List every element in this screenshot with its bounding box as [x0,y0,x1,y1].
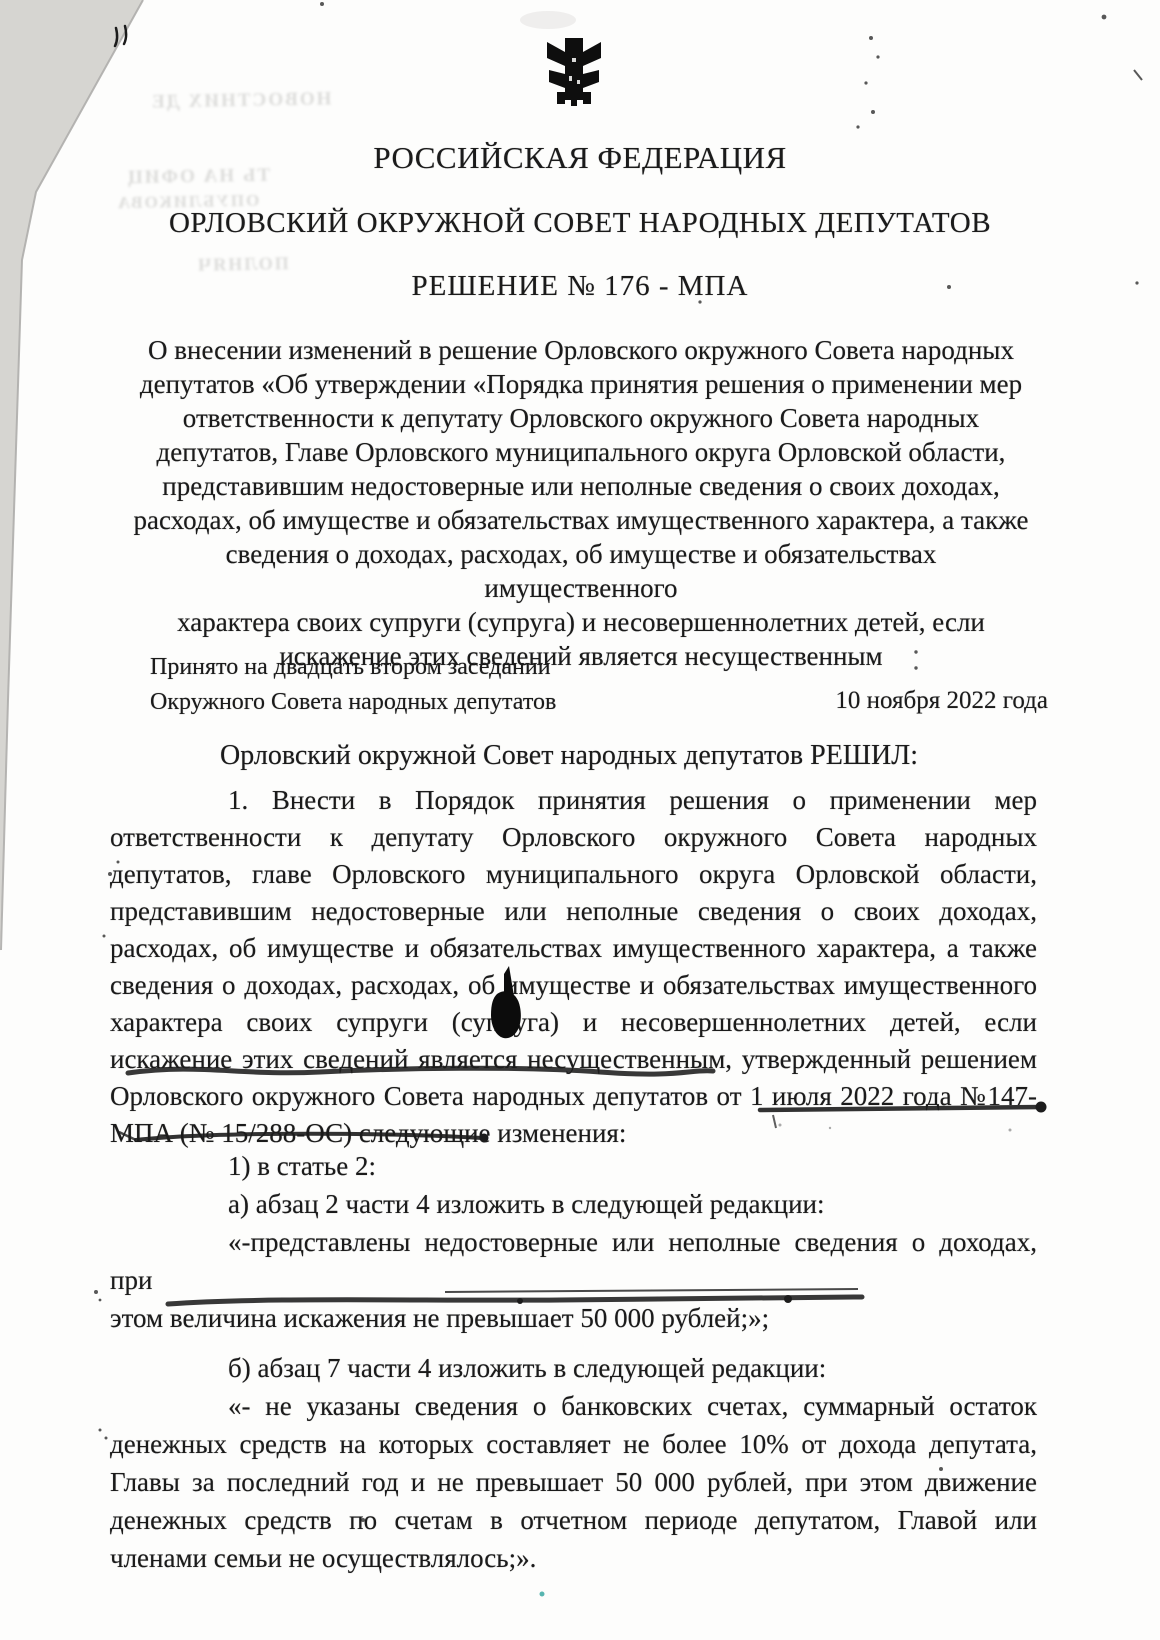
council-heading: ОРЛОВСКИЙ ОКРУЖНОЙ СОВЕТ НАРОДНЫХ ДЕПУТА… [0,207,1160,240]
decision-title: О внесении изменений в решение Орловског… [130,333,1032,673]
document-content: РОССИЙСКАЯ ФЕДЕРАЦИЯ ОРЛОВСКИЙ ОКРУЖНОЙ … [0,0,1160,1640]
adoption-line: Окружного Совета народных депутатов [150,685,556,720]
title-line: сведения о доходах, расходах, об имущест… [130,537,1032,605]
adoption-date: 10 ноября 2022 года [835,687,1048,715]
paragraph-line: искажение этих сведений является несущес… [110,1041,1037,1078]
amendment-point-a: а) абзац 2 части 4 изложить в следующей … [110,1185,1037,1223]
resolution-intro: Орловский окружной Совет народных депута… [220,740,918,772]
quote-line: членами семьи не осуществлялось;». [110,1539,1037,1577]
scanned-decision-page: НОВОСТНИХ ДЕ ТЬ НА ОФИЦ ОПУБЛИКОВА ПОЛНЯ… [0,0,1160,1640]
paragraph-line: 1. Внести в Порядок принятия решения о п… [110,782,1037,819]
title-line: представившим недостоверные или неполные… [130,469,1032,503]
quote-line: этом величина искажения не превышает 50 … [110,1299,1037,1337]
paragraph-line: ответственности к депутату Орловского ок… [110,819,1037,856]
quote-a: «-представлены недостоверные или неполны… [110,1223,1037,1337]
quote-line: денежных средств по счетам в отчетном пе… [110,1501,1037,1539]
amendment-point-b: б) абзац 7 части 4 изложить в следующей … [110,1349,1037,1387]
title-line: депутатов, Главе Орловского муниципально… [130,435,1032,469]
amendment-point-1: 1) в статье 2: [110,1147,1037,1185]
adoption-note: Принято на двадцать втором заседании Окр… [150,650,556,720]
coat-of-arms-icon [545,36,603,111]
amendments-section: 1) в статье 2: а) абзац 2 части 4 изложи… [110,1147,1037,1577]
title-line: ответственности к депутату Орловского ок… [130,401,1032,435]
paragraph-line: расходах, об имуществе и обязательствах … [110,930,1037,967]
decision-number: РЕШЕНИЕ № 176 - МПА [0,270,1160,303]
item-1-paragraph: 1. Внести в Порядок принятия решения о п… [110,782,1037,1152]
title-line: характера своих супруги (супруга) и несо… [130,605,1032,639]
adoption-line: Принято на двадцать втором заседании [150,650,556,685]
quote-line: Главы за последний год и не превышает 50… [110,1463,1037,1501]
title-line: О внесении изменений в решение Орловског… [130,333,1032,367]
quote-line: денежных средств на которых составляет н… [110,1425,1037,1463]
quote-b: «- не указаны сведения о банковских счет… [110,1387,1037,1577]
paragraph-line: Орловского окружного Совета народных деп… [110,1078,1037,1115]
paragraph-line: характера своих супруги (супруга) и несо… [110,1004,1037,1041]
paragraph-line: представившим недостоверные или неполные… [110,893,1037,930]
country-heading: РОССИЙСКАЯ ФЕДЕРАЦИЯ [0,140,1160,176]
title-line: расходах, об имуществе и обязательствах … [130,503,1032,537]
quote-line: «- не указаны сведения о банковских счет… [110,1387,1037,1425]
paragraph-line: сведения о доходах, расходах, об имущест… [110,967,1037,1004]
quote-line: «-представлены недостоверные или неполны… [110,1223,1037,1299]
paragraph-line: депутатов, главе Орловского муниципально… [110,856,1037,893]
title-line: депутатов «Об утверждении «Порядка приня… [130,367,1032,401]
